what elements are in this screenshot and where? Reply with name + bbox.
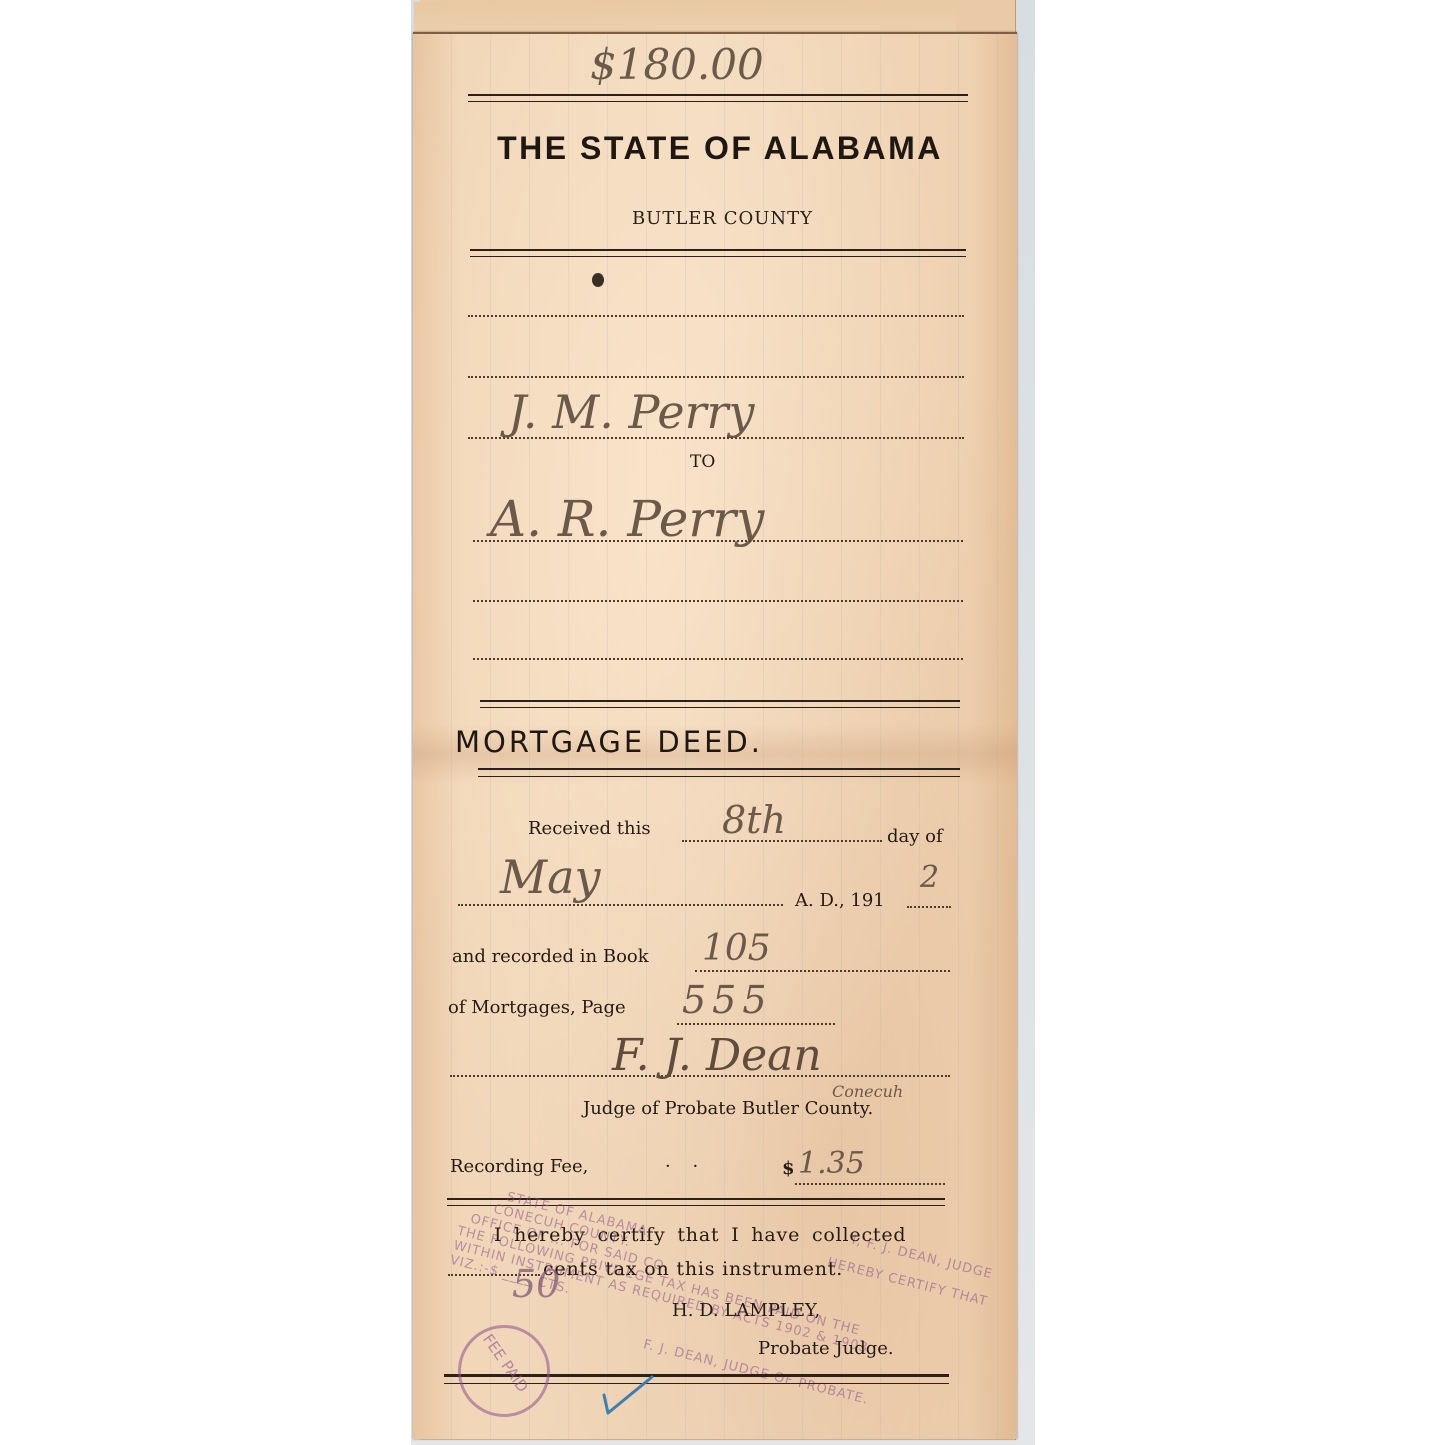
party-line-3	[468, 437, 964, 439]
book-value: 105	[702, 928, 771, 969]
to-connector: TO	[690, 452, 715, 472]
currency-symbol: $	[782, 1158, 795, 1179]
header-rule-bottom	[470, 249, 966, 257]
party-line-4	[473, 540, 963, 542]
year-line	[907, 906, 951, 908]
certify-line-2: cents tax on this instrument.	[543, 1258, 843, 1280]
county-title: BUTLER COUNTY	[470, 208, 975, 229]
tax-value-handwritten: 50	[512, 1262, 560, 1306]
page-value: 555	[682, 978, 773, 1022]
day-of-label: day of	[887, 826, 943, 847]
page-line	[677, 1023, 835, 1025]
day-value: 8th	[722, 798, 786, 842]
party-line-6	[473, 658, 963, 660]
certify-line-1: I hereby certify that I have collected	[494, 1224, 906, 1246]
recording-fee-dots: · ·	[665, 1156, 706, 1177]
received-label: Received this	[528, 818, 651, 839]
ad-label: A. D., 191	[795, 890, 885, 911]
deed-rule-bottom	[478, 768, 960, 777]
month-value: May	[500, 850, 601, 904]
deed-title: MORTGAGE DEED.	[455, 725, 763, 759]
state-title: THE STATE OF ALABAMA	[470, 130, 970, 167]
grantor-handwritten: J. M. Perry	[508, 385, 755, 439]
recording-fee-value: 1.35	[798, 1146, 865, 1181]
blue-checkmark-icon	[600, 1375, 660, 1420]
deed-rule-top	[480, 700, 960, 708]
recording-fee-label: Recording Fee,	[450, 1156, 588, 1177]
party-line-1	[468, 315, 964, 317]
party-line-2	[468, 376, 964, 378]
header-rule-top	[468, 94, 968, 102]
signature-handwritten: F. J. Dean	[612, 1030, 822, 1081]
signer-name: H. D. LAMPLEY,	[672, 1300, 820, 1321]
month-line	[458, 904, 783, 906]
year-suffix-value: 2	[920, 860, 939, 895]
amount-handwritten: $180.00	[590, 40, 764, 89]
page-label: of Mortgages, Page	[448, 997, 626, 1018]
book-label: and recorded in Book	[452, 946, 649, 967]
party-line-5	[473, 600, 963, 602]
judge-label: Judge of Probate Butler County.	[583, 1098, 873, 1119]
signer-title: Probate Judge.	[758, 1338, 894, 1359]
ink-blot	[592, 273, 604, 287]
fee-line	[795, 1183, 945, 1185]
book-line	[695, 970, 950, 972]
